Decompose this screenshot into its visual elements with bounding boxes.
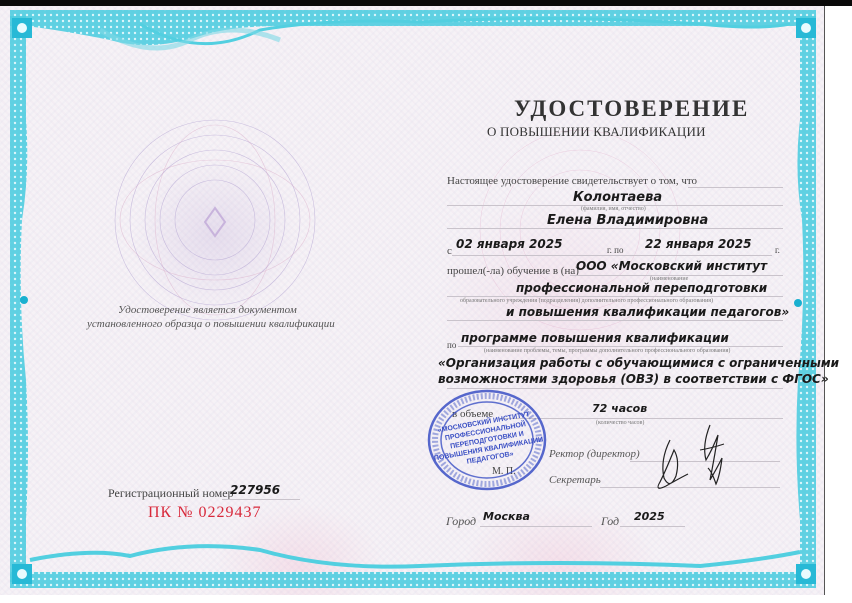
official-seal-stamp: «МОСКОВСКИЙ ИНСТИТУТ ПРОФЕССИОНАЛЬНОЙ ПЕ… — [426, 388, 548, 492]
document-title: УДОСТОВЕРЕНИЕ — [514, 96, 749, 122]
city-value: Москва — [483, 510, 530, 523]
period-mid-label: г. по — [607, 245, 624, 255]
institution-line3: и повышения квалификации педагогов» — [506, 305, 789, 319]
registration-number: 227956 — [230, 483, 280, 497]
program-title-line1: «Организация работы с обучающимися с огр… — [438, 356, 839, 370]
institution-line2: профессиональной переподготовки — [516, 281, 767, 295]
secretary-label: Секретарь — [549, 474, 601, 486]
given-names-value: Елена Владимировна — [547, 213, 708, 228]
year-underline — [620, 526, 685, 527]
decorative-border — [0, 0, 852, 603]
institution-label: прошел(-ла) обучение в (на) — [447, 265, 579, 277]
left-note-line1: Удостоверение является документом — [118, 304, 297, 316]
intro-underline — [688, 187, 783, 188]
city-underline — [480, 526, 592, 527]
registration-label: Регистрационный номер — [108, 486, 234, 501]
period-suffix: г. — [775, 245, 780, 255]
institution-caption2: образовательного учреждения (подразделен… — [460, 298, 713, 304]
program-title-line2: возможностями здоровья (ОВЗ) в соответст… — [438, 372, 829, 386]
period-from-date: 02 января 2025 — [456, 237, 562, 251]
year-value: 2025 — [634, 510, 665, 523]
intro-text: Настоящее удостоверение свидетельствует … — [447, 175, 697, 187]
left-note-line2: установленного образца о повышении квали… — [87, 318, 335, 330]
period-underline — [452, 255, 772, 256]
document-subtitle: О ПОВЫШЕНИИ КВАЛИФИКАЦИИ — [487, 124, 706, 140]
program-type: программе повышения квалификации — [461, 331, 729, 345]
surname-value: Колонтаева — [573, 190, 662, 205]
period-to-date: 22 января 2025 — [645, 237, 751, 251]
program-label: по — [447, 340, 456, 350]
program-underline — [458, 346, 783, 347]
volume-caption: (количество часов) — [596, 420, 644, 426]
registration-underline — [222, 499, 300, 500]
city-label: Город — [446, 514, 476, 529]
serial-number: ПК № 0229437 — [148, 504, 262, 522]
rector-label: Ректор (директор) — [549, 448, 640, 460]
institution-line1: ООО «Московский институт — [576, 259, 767, 273]
program-caption: (наименование проблемы, темы, программы … — [484, 348, 730, 354]
year-label: Год — [601, 514, 619, 529]
name-caption: (фамилия, имя, отчество) — [581, 206, 646, 212]
institution-underline3 — [447, 320, 783, 321]
volume-value: 72 часов — [592, 402, 647, 415]
rector-signature — [640, 420, 740, 500]
given-names-underline — [447, 228, 783, 229]
institution-underline2 — [447, 296, 783, 297]
